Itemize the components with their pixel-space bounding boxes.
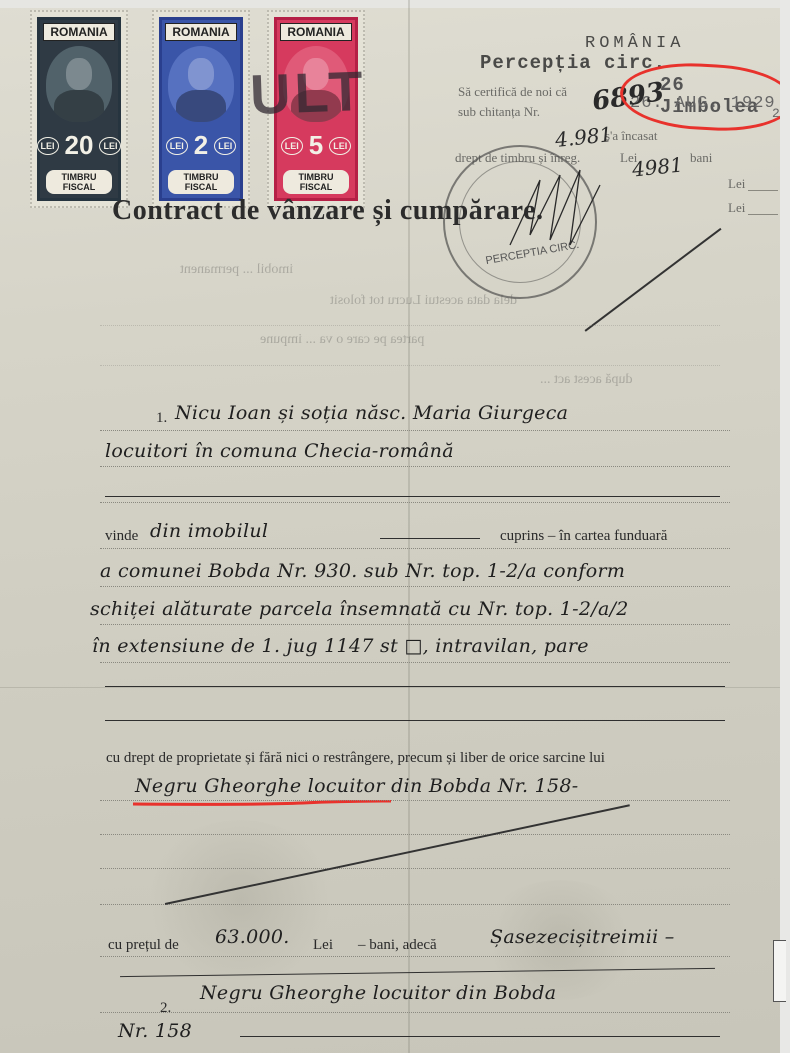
stamp-country-name: ROMÂNIA: [585, 34, 684, 53]
ruled-line: [100, 430, 730, 431]
ruled-line: [100, 800, 730, 801]
bleedthrough-text: imobil ... permanent: [180, 262, 293, 278]
buyer-house-number: Nr. 158: [118, 1020, 192, 1042]
cert-line-1: Să certifică de noi că: [458, 84, 567, 100]
stamp-currency: LEI: [166, 137, 188, 155]
document-title: Contract de vânzare și cumpărare.: [112, 195, 544, 227]
stamp-country: ROMANIA: [43, 23, 114, 41]
fiscal-stamp-2-lei: ROMANIA LEI 2 LEI TIMBRU FISCAL: [152, 10, 250, 208]
ruled-line: [100, 325, 720, 326]
ruled-line: [100, 502, 730, 503]
bleedthrough-text: după acest act ...: [540, 372, 633, 388]
printed-price-prefix: cu prețul de: [108, 937, 179, 954]
printed-lei: Lei: [313, 937, 333, 954]
stamp-currency: LEI: [329, 137, 351, 155]
land-registry-line-1: a comunei Bobda Nr. 930. sub Nr. top. 1-…: [100, 560, 625, 582]
ruled-line: [100, 586, 730, 587]
stamp-currency: LEI: [281, 137, 303, 155]
stamp-value: 5: [309, 130, 323, 161]
sellers-names: Nicu Ioan și soția născ. Maria Giurgeca: [175, 402, 568, 424]
ruled-line: [100, 662, 730, 663]
vertical-fold: [408, 0, 410, 1053]
ruled-line: [100, 1012, 730, 1013]
horizontal-fold: [0, 687, 780, 688]
section-2-number: 2.: [160, 1000, 171, 1017]
strike-line: [105, 686, 725, 687]
strike-line: [105, 720, 725, 721]
contract-page: ROMANIA LEI 20 LEI TIMBRU FISCAL ROMANIA…: [0, 0, 780, 1053]
stamp-value: 20: [65, 130, 94, 161]
page-top-edge: [0, 0, 780, 8]
page-right-edge: [780, 0, 790, 1053]
lei-label: Lei: [728, 176, 745, 192]
printed-bani: – bani, adecă: [358, 937, 437, 954]
section-1-number: 1.: [156, 410, 167, 427]
ruled-line: [100, 834, 730, 835]
fill-line: [748, 214, 778, 215]
sold-object: din imobilul: [150, 520, 268, 542]
bani-label: bani: [690, 150, 712, 166]
binder-clip: [773, 940, 786, 1002]
buyer-name-section-2: Negru Gheorghe locuitor din Bobda: [200, 982, 556, 1004]
printed-cuprins: cuprins – în cartea funduară: [500, 528, 667, 545]
ruled-line: [100, 466, 730, 467]
lei-label: Lei: [728, 200, 745, 216]
handwritten-amount: 4981: [631, 152, 684, 181]
bleedthrough-text: dela data acestui Lucru tot folosit: [330, 293, 517, 309]
fill-line: [380, 538, 480, 539]
stamp-cancellation-overprint: ULT: [249, 58, 368, 127]
stamp-label: TIMBRU FISCAL: [168, 170, 234, 194]
stamp-currency: LEI: [99, 137, 121, 155]
stamp-label: TIMBRU FISCAL: [46, 170, 112, 194]
ruled-line: [100, 624, 730, 625]
printed-vinde: vinde: [105, 528, 138, 545]
stamp-label: TIMBRU FISCAL: [283, 170, 349, 194]
land-registry-line-2: schiței alăturate parcela însemnată cu N…: [90, 598, 629, 620]
ruled-line: [100, 548, 730, 549]
fiscal-stamp-20-lei: ROMANIA LEI 20 LEI TIMBRU FISCAL: [30, 10, 128, 208]
stamp-country: ROMANIA: [280, 23, 351, 41]
handwritten-amount: 4.981: [554, 122, 613, 152]
ruled-line: [100, 904, 730, 905]
price-amount: 63.000.: [215, 926, 290, 948]
stamp-currency: LEI: [37, 137, 59, 155]
stamp-value: 2: [194, 130, 208, 161]
cert-line-2: sub chitanța Nr.: [458, 104, 540, 120]
ruled-line: [100, 365, 720, 366]
stamp-country: ROMANIA: [165, 23, 236, 41]
fill-line: [240, 1036, 720, 1037]
price-in-words: Șasezecișitreimii –: [490, 926, 675, 948]
land-registry-line-3: în extensiune de 1. jug 1147 st □, intra…: [92, 635, 589, 657]
stamp-currency: LEI: [214, 137, 236, 155]
signature-scribble: [500, 165, 610, 255]
stamp-office-name: Percepția circ.: [480, 52, 666, 74]
king-portrait-icon: [46, 46, 112, 122]
fill-line: [748, 190, 778, 191]
ruled-line: [100, 868, 730, 869]
strike-line: [105, 496, 720, 497]
printed-rights-clause: cu drept de proprietate și fără nici o r…: [106, 750, 605, 767]
buyer-name: Negru Gheorghe locuitor din Bobda Nr. 15…: [135, 775, 579, 797]
red-highlight-circle: [618, 59, 780, 134]
sellers-residence: locuitori în comuna Checia-română: [105, 440, 454, 462]
king-portrait-icon: [168, 46, 234, 122]
ruled-line: [100, 956, 730, 957]
bleedthrough-text: partea pe care o va ... impune: [260, 332, 424, 348]
